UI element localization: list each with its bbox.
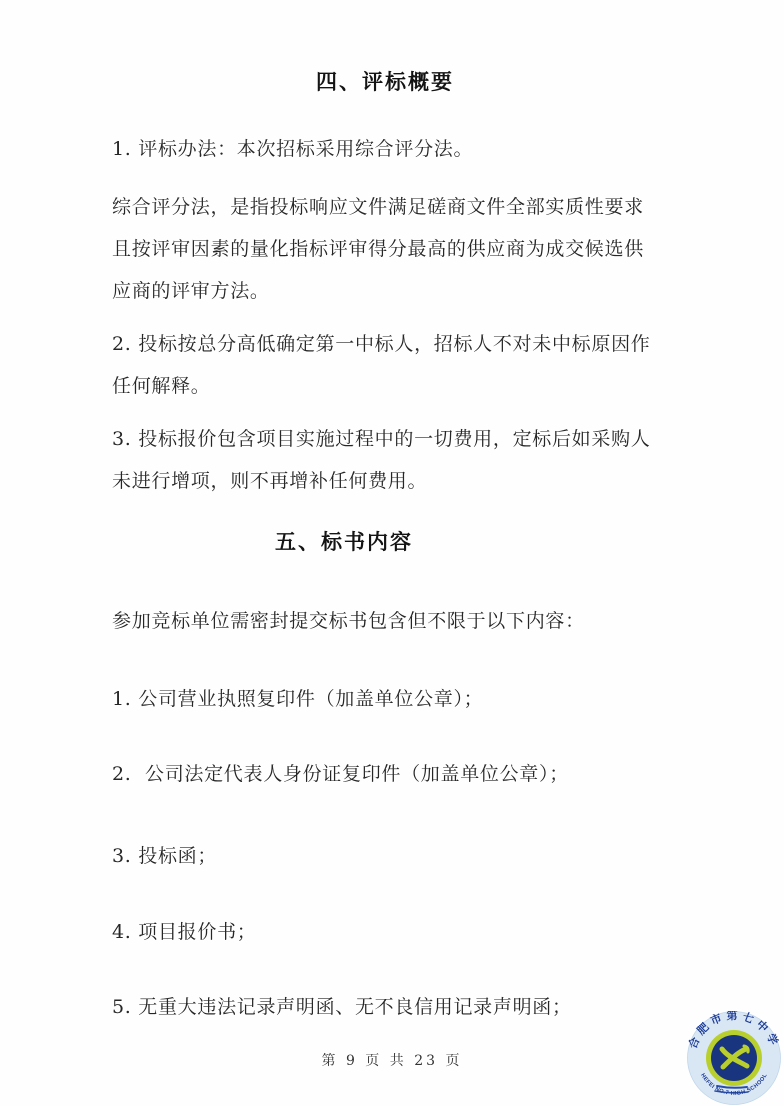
section4-paragraph-3: 2. 投标按总分高低确定第一中标人，招标人不对未中标原因作 任何解释。: [112, 323, 672, 407]
section5-item-5: 5. 无重大违法记录声明函、无不良信用记录声明函；: [112, 986, 672, 1028]
school-logo: 合肥市第七中学 HEFEI NO.7 HIGH SCHOOL: [687, 1011, 781, 1105]
section5-item-1: 1. 公司营业执照复印件（加盖单位公章）；: [112, 678, 672, 720]
section4-paragraph-2: 综合评分法，是指投标响应文件满足磋商文件全部实质性要求 且按评审因素的量化指标评…: [112, 186, 672, 312]
footer-page-number: 第 9 页 共 23 页: [0, 1050, 784, 1070]
section5-item-4: 4. 项目报价书；: [112, 911, 672, 953]
section5-item-3: 3. 投标函；: [112, 835, 672, 877]
section4-paragraph-1: 1. 评标办法：本次招标采用综合评分法。: [112, 128, 672, 170]
document-page: 四、评标概要 1. 评标办法：本次招标采用综合评分法。 综合评分法，是指投标响应…: [0, 0, 784, 1106]
section5-item-2: 2. 公司法定代表人身份证复印件（加盖单位公章）；: [112, 753, 672, 795]
school-logo-icon: 合肥市第七中学 HEFEI NO.7 HIGH SCHOOL: [687, 1011, 781, 1105]
document-content: 四、评标概要 1. 评标办法：本次招标采用综合评分法。 综合评分法，是指投标响应…: [0, 70, 784, 1028]
section4-paragraph-4: 3. 投标报价包含项目实施过程中的一切费用，定标后如采购人 未进行增项，则不再增…: [112, 418, 672, 502]
section5-intro: 参加竞标单位需密封提交标书包含但不限于以下内容：: [112, 600, 672, 642]
section4-title: 四、评标概要: [105, 70, 665, 96]
section5-title: 五、标书内容: [64, 530, 624, 556]
